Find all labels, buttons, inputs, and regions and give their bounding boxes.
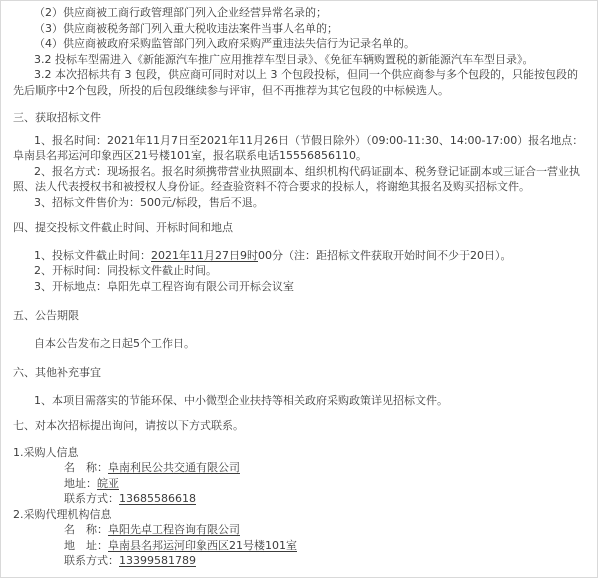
disqualification-item-3: （3）供应商被税务部门列入重大税收违法案件当事人名单的；	[13, 21, 587, 37]
purchaser-phone-label: 联系方式：	[64, 492, 119, 505]
purchaser-name-value: 阜南利民公共交通有限公司	[108, 461, 240, 474]
get-docs-item-price: 3、招标文件售价为：500元/标段，售后不退。	[13, 195, 587, 211]
purchaser-name-label: 名 称：	[64, 461, 108, 474]
section-title-contact: 七、对本次招标提出询问，请按以下方式联系。	[13, 418, 587, 434]
deadline-datetime: 2021年11月27日9时	[151, 249, 258, 262]
clause-packages: 3.2 本次招标共有 3 包段，供应商可同时对以上 3 个包段投标，但同一个供应…	[13, 67, 587, 98]
agency-phone-label: 联系方式：	[64, 554, 119, 567]
agency-name-row: 名 称：阜阳先卓工程咨询有限公司	[13, 522, 587, 538]
tender-notice-document: （2）供应商被工商行政管理部门列入企业经营异常名录的； （3）供应商被税务部门列…	[0, 0, 598, 578]
agency-address-row: 地 址：阜南县名邦运河印象西区21号楼101室	[13, 538, 587, 554]
purchaser-address-value: 皖亚	[97, 477, 119, 490]
deadline-item-opening-time: 2、开标时间：同投标文件截止时间。	[13, 263, 587, 279]
deadline-suffix: 00分（注：距招标文件获取开始时间不少于20日）。	[258, 249, 512, 262]
section-title-other: 六、其他补充事宜	[13, 365, 587, 381]
agency-address-label: 地 址：	[64, 539, 108, 552]
agency-address-value: 阜南县名邦运河印象西区21号楼101室	[108, 539, 297, 552]
purchaser-heading: 1.采购人信息	[13, 445, 587, 461]
section-title-deadline: 四、提交投标文件截止时间、开标时间和地点	[13, 220, 587, 236]
clause-vehicle-catalog: 3.2 投标车型需进入《新能源汽车推广应用推荐车型目录》、《免征车辆购置税的新能…	[13, 52, 587, 68]
other-item-policy: 1、本项目需落实的节能环保、中小微型企业扶持等相关政府采购政策详见招标文件。	[13, 393, 587, 409]
get-docs-item-registration-time: 1、报名时间：2021年11月7日至2021年11月26日（节假日除外）（09:…	[13, 133, 587, 164]
purchaser-address-row: 地址：皖亚	[13, 476, 587, 492]
deadline-item-opening-place: 3、开标地点：阜阳先卓工程咨询有限公司开标会议室	[13, 279, 587, 295]
agency-phone-value: 13399581789	[119, 554, 196, 567]
agency-name-label: 名 称：	[64, 523, 108, 536]
purchaser-address-label: 地址：	[64, 477, 97, 490]
deadline-item-submission: 1、投标文件截止时间：2021年11月27日9时00分（注：距招标文件获取开始时…	[13, 248, 587, 264]
purchaser-name-row: 名 称：阜南利民公共交通有限公司	[13, 460, 587, 476]
section-title-get-docs: 三、获取招标文件	[13, 110, 587, 126]
purchaser-phone-row: 联系方式：13685586618	[13, 491, 587, 507]
agency-phone-row: 联系方式：13399581789	[13, 553, 587, 569]
disqualification-item-2: （2）供应商被工商行政管理部门列入企业经营异常名录的；	[13, 5, 587, 21]
agency-name-value: 阜阳先卓工程咨询有限公司	[108, 523, 240, 536]
section-title-notice-period: 五、公告期限	[13, 308, 587, 324]
disqualification-item-4: （4）供应商被政府采购监管部门列入政府采购严重违法失信行为记录名单的。	[13, 36, 587, 52]
notice-period-body: 自本公告发布之日起5个工作日。	[13, 336, 587, 352]
purchaser-phone-value: 13685586618	[119, 492, 196, 505]
deadline-prefix: 1、投标文件截止时间：	[34, 249, 151, 262]
agency-heading: 2.采购代理机构信息	[13, 507, 587, 523]
get-docs-item-registration-method: 2、报名方式：现场报名。报名时须携带营业执照副本、组织机构代码证副本、税务登记证…	[13, 164, 587, 195]
